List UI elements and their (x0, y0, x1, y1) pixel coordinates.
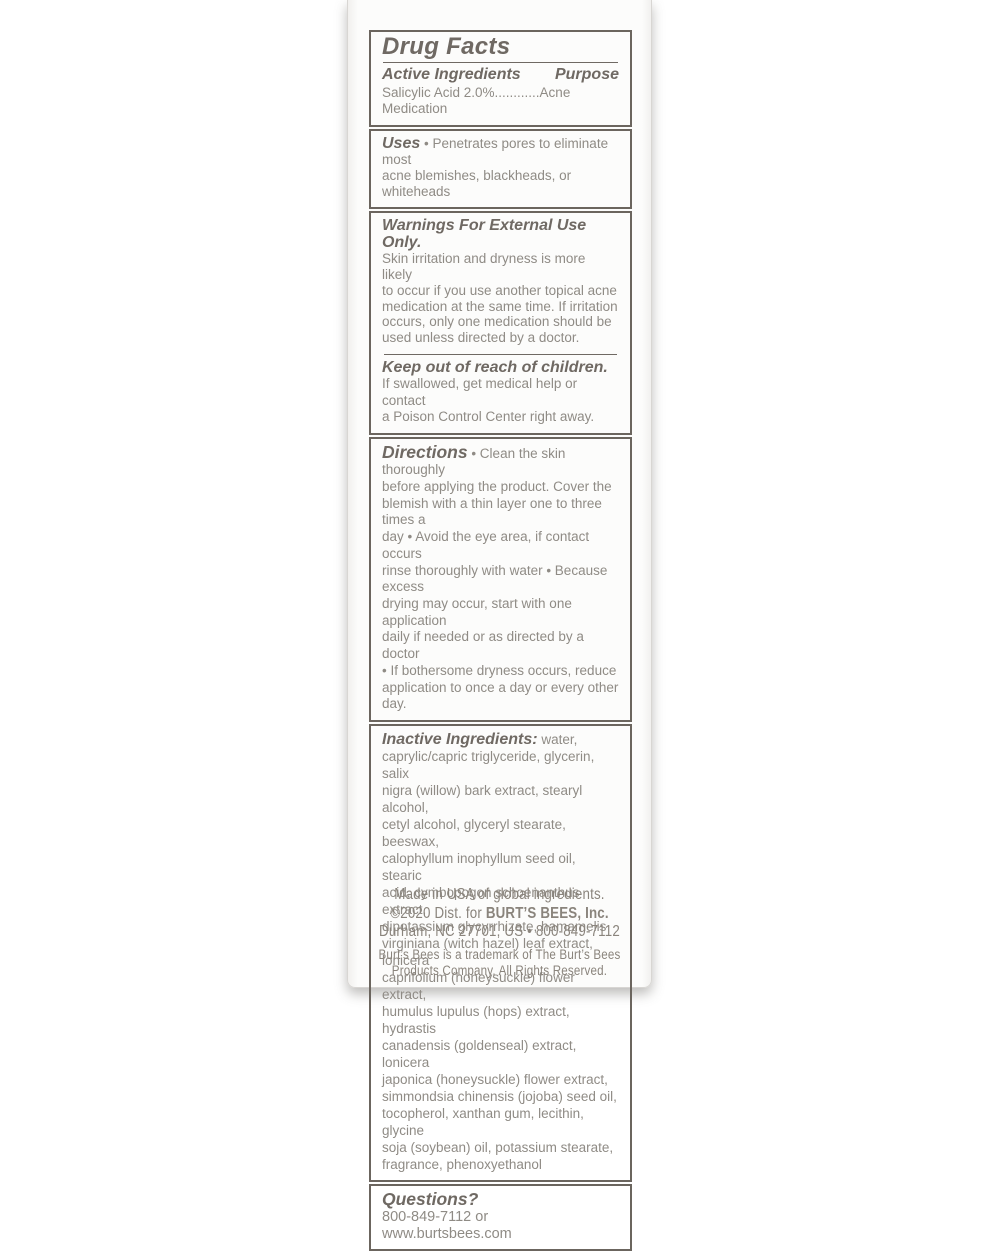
title-divider (383, 62, 618, 63)
drug-facts-sections: Drug Facts Active Ingredients Purpose Sa… (369, 30, 632, 1000)
warnings-heading: Warnings For External Use Only. (382, 218, 619, 251)
drug-facts-label-panel: Drug Facts Active Ingredients Purpose Sa… (347, 0, 652, 988)
uses-heading: Uses (382, 135, 420, 152)
made-in-line: Made in USA of global ingredients. (369, 886, 630, 905)
keep-out-heading: Keep out of reach of children. (382, 360, 619, 376)
purpose-heading: Purpose (555, 67, 619, 83)
inactive-ingredients-heading: Inactive Ingredients: (382, 731, 538, 748)
footer: Made in USA of global ingredients. ©2020… (369, 886, 630, 980)
trademark-line-1: Burt’s Bees is a trademark of The Burt’s… (369, 947, 630, 964)
active-ingredients-heading: Active Ingredients (382, 67, 521, 83)
active-ingredient-line: Salicylic Acid 2.0%............Acne Medi… (382, 85, 619, 118)
address-phone-line: Durham, NC 27701, US • 800-849-7112 (369, 923, 630, 942)
directions-body: • Clean the skin thoroughly before apply… (382, 446, 618, 712)
directions-heading: Directions (382, 442, 468, 462)
section-title-and-active-ingredients: Drug Facts Active Ingredients Purpose Sa… (369, 30, 632, 127)
trademark-line-2: Products Company. All Rights Reserved. (369, 963, 630, 980)
section-directions: Directions • Clean the skin thoroughly b… (369, 437, 632, 722)
drug-facts-title: Drug Facts (382, 37, 619, 55)
copyright-prefix: ©2020 Dist. for (390, 905, 486, 922)
warnings-divider (384, 354, 617, 355)
keep-out-body: If swallowed, get medical help or contac… (382, 376, 619, 425)
screenshot-root: { "colors": { "border": "#6b655e", "head… (0, 0, 1000, 1000)
section-uses: Uses • Penetrates pores to eliminate mos… (369, 129, 632, 210)
section-warnings: Warnings For External Use Only. Skin irr… (369, 211, 632, 434)
warnings-body: Skin irritation and dryness is more like… (382, 251, 619, 346)
copyright-line: ©2020 Dist. for BURT’S BEES, Inc. (369, 905, 630, 924)
uses-paragraph: Uses • Penetrates pores to eliminate mos… (382, 136, 619, 201)
trademark-block: Burt’s Bees is a trademark of The Burt’s… (369, 947, 630, 980)
copyright-company-bold: BURT’S BEES, Inc. (486, 905, 609, 922)
active-ingredients-header-row: Active Ingredients Purpose (382, 67, 619, 83)
directions-paragraph: Directions • Clean the skin thoroughly b… (382, 444, 619, 713)
